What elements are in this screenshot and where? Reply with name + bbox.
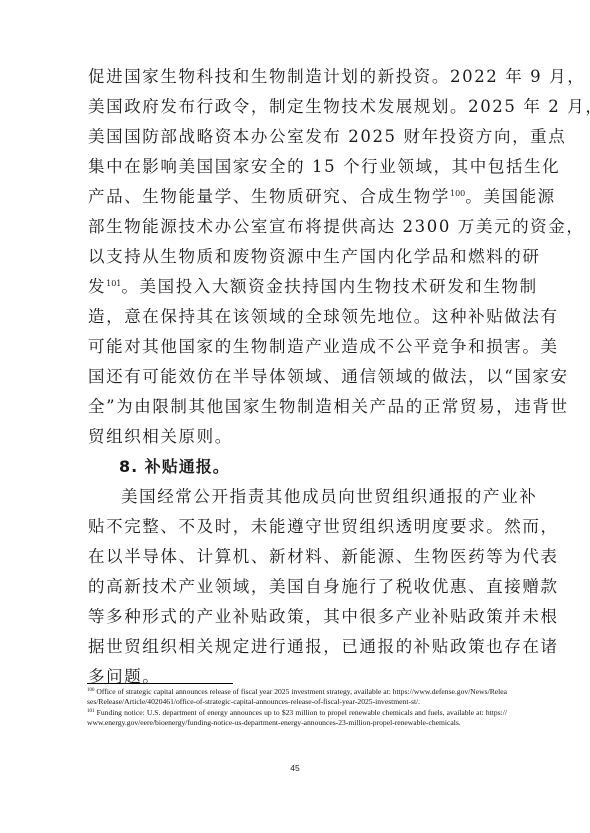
text-segment: 产品、生物能量学、生物质研究、合成生物学 [88,187,450,206]
text-line: 全”为由限制其他国家生物制造相关产品的正常贸易，违背世 [88,392,508,422]
text-line: 美国经常公开指责其他成员向世贸组织通报的产业补 [88,482,508,512]
text-line: 贴不完整、不及时，未能遵守世贸组织透明度要求。然而， [88,512,508,542]
footnote-text[interactable]: Funding notice: U.S. department of energ… [87,708,507,727]
text-line: 据世贸组织相关规定进行通报，已通报的补贴政策也存在诸 [88,632,508,662]
text-line: 在以半导体、计算机、新材料、新能源、生物医药等为代表 [88,542,508,572]
text-line: 等多种形式的产业补贴政策，其中很多产业补贴政策并未根 [88,602,508,632]
text-line-with-footnote: 产品、生物能量学、生物质研究、合成生物学100。美国能源 [88,182,508,212]
section-heading: 8. 补贴通报。 [88,452,508,482]
footnote-101: 101 Funding notice: U.S. department of e… [87,708,507,729]
page-number: 45 [0,763,590,773]
footnote-ref-101[interactable]: 101 [106,279,121,288]
text-line: 国还有可能效仿在半导体领域、通信领域的做法，以“国家安 [88,362,508,392]
text-line: 美国国防部战略资本办公室发布 2025 财年投资方向，重点 [88,122,508,152]
footnote-100: 100 Office of strategic capital announce… [87,687,507,708]
paragraph-investment: 促进国家生物科技和生物制造计划的新投资。2022 年 9 月， 美国政府发布行政… [88,62,508,452]
text-line: 的高新技术产业领域，美国自身施行了税收优惠、直接赠款 [88,572,508,602]
footnote-separator [87,683,233,684]
text-segment: 发 [88,277,106,296]
footnotes: 100 Office of strategic capital announce… [87,687,507,729]
footnote-number: 100 [87,688,95,693]
text-line: 可能对其他国家的生物制造产业造成不公平竞争和损害。美 [88,332,508,362]
text-line: 美国政府发布行政令，制定生物技术发展规划。2025 年 2 月， [88,92,508,122]
text-line: 贸组织相关原则。 [88,422,508,452]
text-line: 造，意在保持其在该领域的全球领先地位。这种补贴做法有 [88,302,508,332]
footnote-text[interactable]: Office of strategic capital announces re… [87,687,507,706]
text-line-with-footnote: 发101。美国投入大额资金扶持国内生物技术研发和生物制 [88,272,508,302]
text-segment: 。美国投入大额资金扶持国内生物技术研发和生物制 [121,277,537,296]
paragraph-subsidy-notification: 美国经常公开指责其他成员向世贸组织通报的产业补 贴不完整、不及时，未能遵守世贸组… [88,482,508,692]
text-line: 以支持从生物质和废物资源中生产国内化学品和燃料的研 [88,242,508,272]
text-line: 集中在影响美国国家安全的 15 个行业领域，其中包括生化 [88,152,508,182]
text-segment: 。美国能源 [465,187,556,206]
text-line: 部生物能源技术办公室宣布将提供高达 2300 万美元的资金， [88,212,508,242]
document-page: 促进国家生物科技和生物制造计划的新投资。2022 年 9 月， 美国政府发布行政… [0,0,590,833]
body-text: 促进国家生物科技和生物制造计划的新投资。2022 年 9 月， 美国政府发布行政… [88,62,508,692]
text-line: 促进国家生物科技和生物制造计划的新投资。2022 年 9 月， [88,62,508,92]
footnote-ref-100[interactable]: 100 [450,189,465,198]
footnote-number: 101 [87,709,95,714]
